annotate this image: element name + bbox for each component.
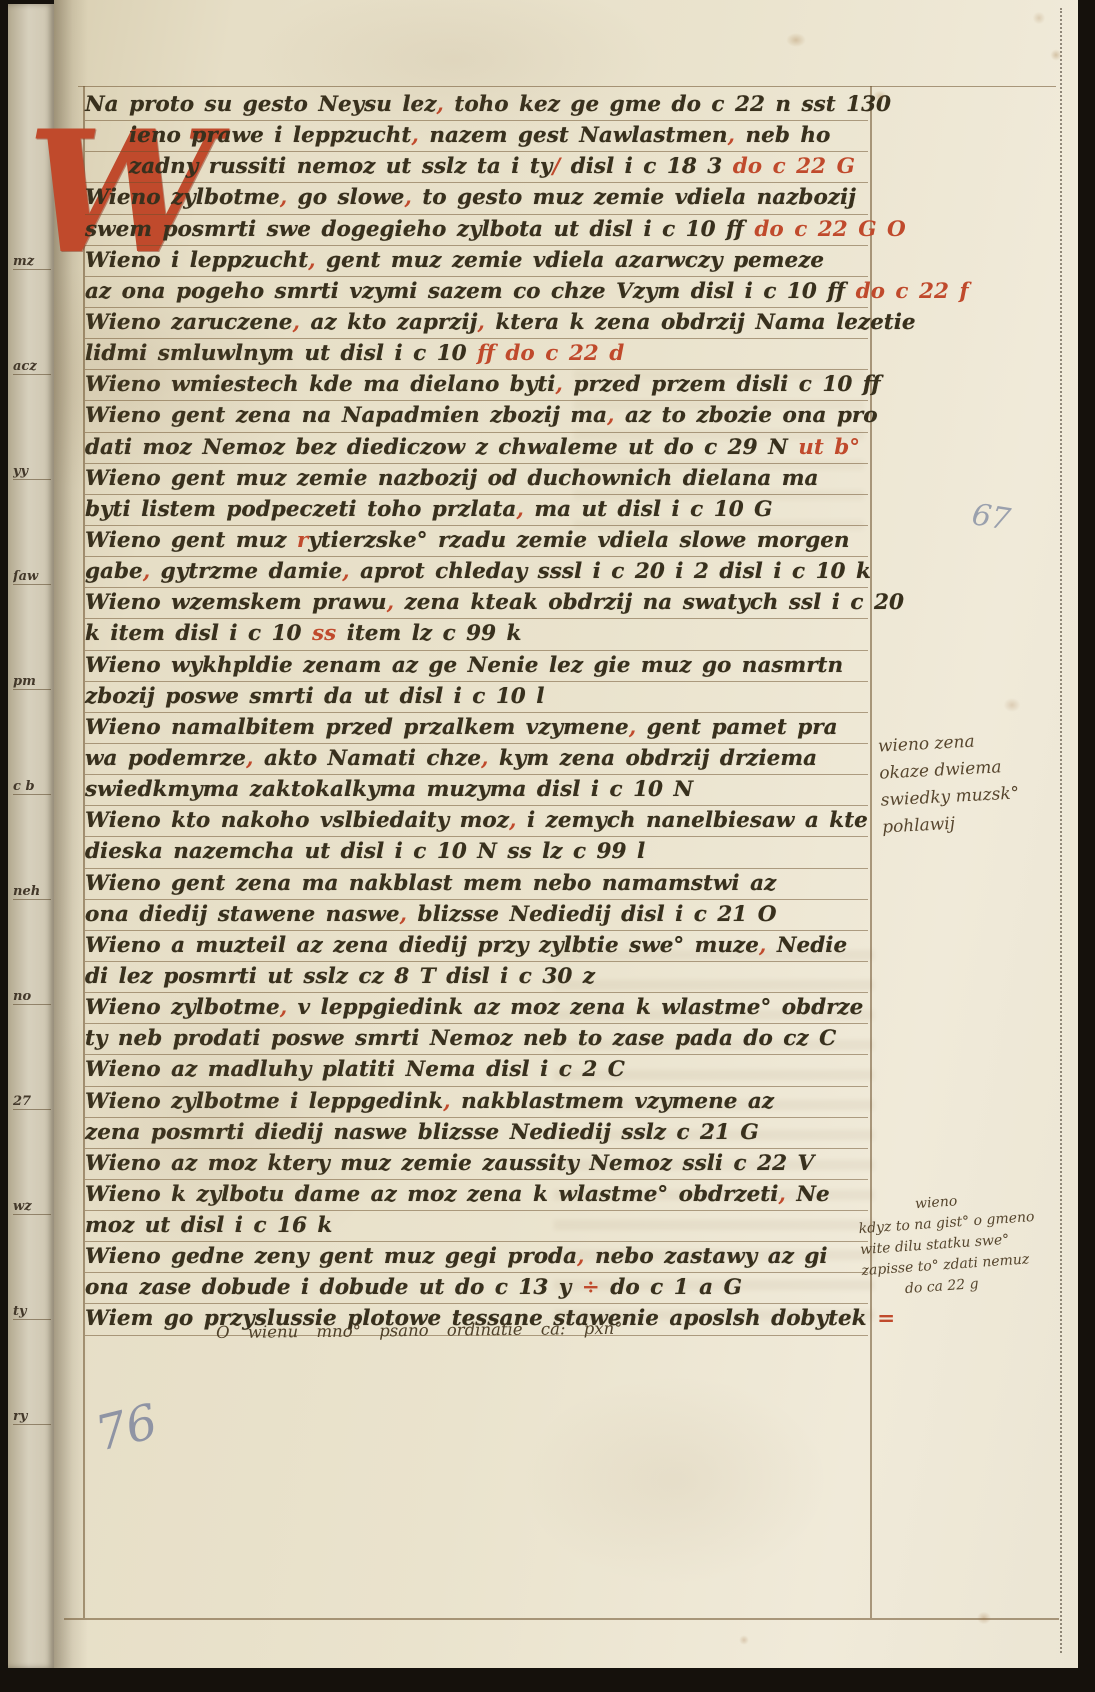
rubric-text: , <box>443 1089 451 1114</box>
rubric-text: ÷ <box>582 1275 600 1300</box>
ink-text: akto Namati chze <box>253 746 481 771</box>
text-line: Wieno gent zena na Napadmien zbozij ma, … <box>85 401 868 432</box>
text-block: Na proto su gesto Neysu lez, toho kez ge… <box>85 90 1045 1336</box>
rubric-text: , <box>778 1182 786 1207</box>
edge-fragment: 27 <box>13 1094 51 1110</box>
ruling-line-bottom <box>64 1618 1059 1620</box>
text-line: Wieno i leppzucht, gent muz zemie vdiela… <box>85 246 868 277</box>
text-line: Wieno zylbotme i leppgedink, nakblastmem… <box>85 1087 868 1118</box>
edge-fragment: pm <box>13 674 51 690</box>
text-line: Wieno zaruczene, az kto zaprzij, ktera k… <box>85 308 868 339</box>
text-line: swiedkmyma zaktokalkyma muzyma disl i c … <box>85 775 868 806</box>
text-line: Wieno wmiestech kde ma dielano byti, prz… <box>85 370 868 401</box>
ink-text: to gesto muz zemie vdiela nazbozij <box>412 185 856 210</box>
ink-text: dieska nazemcha ut disl i c 10 N ss lz c… <box>85 839 645 864</box>
ink-text: Wieno wmiestech kde ma dielano byti <box>85 372 555 397</box>
ink-text: zadny russiti nemoz ut sslz ta i ty <box>129 154 552 179</box>
rubric-text: r <box>297 528 308 553</box>
ink-text: Wieno zylbotme i leppgedink <box>85 1089 443 1114</box>
ink-text: zena posmrti diedij naswe blizsse Nedied… <box>85 1120 759 1145</box>
ink-text: zena kteak obdrzij na swatych ssl i c 20 <box>394 590 904 615</box>
page-number-pencil: 76 <box>90 1393 163 1462</box>
edge-fragment: ty <box>13 1304 51 1320</box>
text-line: Wieno zylbotme, v leppgiedink az moz zen… <box>85 993 868 1024</box>
text-line: zena posmrti diedij naswe blizsse Nedied… <box>85 1118 868 1149</box>
ink-text: az ona pogeho smrti vzymi sazem co chze … <box>85 279 856 304</box>
text-line: ona zase dobude i dobude ut do c 13 y ÷ … <box>85 1273 868 1304</box>
text-line: ona diedij stawene naswe, blizsse Nedied… <box>85 900 868 931</box>
rubric-text: , <box>400 902 408 927</box>
rubric-text: do c 22 G <box>733 154 855 179</box>
ink-text: Wieno zaruczene <box>85 310 292 335</box>
ink-text: k item disl i c 10 <box>85 621 312 646</box>
ink-text: Wieno zylbotme <box>85 995 280 1020</box>
rubric-text: , <box>387 590 395 615</box>
ink-text: moz ut disl i c 16 k <box>85 1213 332 1238</box>
ink-text: przed przem disli c 10 ff <box>563 372 881 397</box>
rubric-text: , <box>477 310 485 335</box>
folio-number-pencil: 67 <box>969 497 1012 538</box>
ink-text: neb ho <box>735 123 830 148</box>
ink-text: Wieno az moz ktery muz zemie zaussity Ne… <box>85 1151 814 1176</box>
ink-text: Wieno az madluhy platiti Nema disl i c 2… <box>85 1057 625 1082</box>
edge-fragment: yy <box>13 464 51 480</box>
ink-text: ktera k zena obdrzij Nama lezetie <box>485 310 916 335</box>
rubric-text: do c 22 f <box>856 279 969 304</box>
ink-text: swem posmrti swe dogegieho zylbota ut di… <box>85 217 754 242</box>
manuscript-photo: mzaczyyſawpmc bnehno27wztyry W Na proto … <box>0 0 1095 1692</box>
text-line: Wieno a muzteil az zena diedij przy zylb… <box>85 931 868 962</box>
text-line: Wieno kto nakoho vslbiedaity moz, i zemy… <box>85 806 868 837</box>
text-line: Wieno wykhpldie zenam az ge Nenie lez gi… <box>85 651 868 682</box>
ink-text: Wieno a muzteil az zena diedij przy zylb… <box>85 933 759 958</box>
ink-text: disl i c 18 3 <box>560 154 733 179</box>
ink-text: gent muz zemie vdiela azarwczy pemeze <box>316 248 824 273</box>
text-line: Wieno gent muz zemie nazbozij od duchown… <box>85 464 868 495</box>
margin-note-upper: wieno zenaokaze dwiemaswiedky muzsk°pohl… <box>877 726 1021 841</box>
text-line: Wieno az madluhy platiti Nema disl i c 2… <box>85 1055 868 1086</box>
edge-fragment: ſaw <box>13 569 51 585</box>
text-line: Wieno zylbotme, go slowe, to gesto muz z… <box>85 183 868 214</box>
ink-text: nazem gest Nawlastmen <box>419 123 728 148</box>
ink-text: ona diedij stawene naswe <box>85 902 400 927</box>
rubric-text: , <box>308 248 316 273</box>
rubric-text: , <box>292 310 300 335</box>
rubric-text: , <box>577 1244 585 1269</box>
rubric-text: ut b° <box>798 435 860 460</box>
ink-text: swiedkmyma zaktokalkyma muzyma disl i c … <box>85 777 693 802</box>
rubric-text: , <box>607 403 615 428</box>
ink-text: nakblastmem vzymene az <box>451 1089 774 1114</box>
ink-text: Wieno i leppzucht <box>85 248 308 273</box>
ink-text: az kto zaprzij <box>300 310 477 335</box>
text-line: Na proto su gesto Neysu lez, toho kez ge… <box>85 90 868 121</box>
ink-text: gabe <box>85 559 143 584</box>
ink-text: toho kez ge gme do c 22 n sst 130 <box>444 92 891 117</box>
ink-text: Wieno gent zena ma nakblast mem nebo nam… <box>85 871 776 896</box>
text-line: dieska nazemcha ut disl i c 10 N ss lz c… <box>85 837 868 868</box>
ink-text: Wieno gedne zeny gent muz gegi proda <box>85 1244 577 1269</box>
text-line: moz ut disl i c 16 k <box>85 1211 868 1242</box>
rubric-text: ss <box>312 621 336 646</box>
text-line: zbozij poswe smrti da ut disl i c 10 l <box>85 682 868 713</box>
ink-text: ona zase dobude i dobude ut do c 13 y <box>85 1275 582 1300</box>
rubric-text: , <box>436 92 444 117</box>
rubric-text: , <box>481 746 489 771</box>
text-line: Wieno namalbitem przed przalkem vzymene,… <box>85 713 868 744</box>
ink-text: di lez posmrti ut sslz cz 8 T disl i c 3… <box>85 964 595 989</box>
edge-fragment: neh <box>13 884 51 900</box>
text-line: az ona pogeho smrti vzymi sazem co chze … <box>85 277 868 308</box>
edge-fragment: no <box>13 989 51 1005</box>
text-line: Wieno gent zena ma nakblast mem nebo nam… <box>85 869 868 900</box>
text-line: dati moz Nemoz bez diediczow z chwaleme … <box>85 433 868 464</box>
rubric-text: do c 22 G O <box>754 217 905 242</box>
text-line: swem posmrti swe dogegieho zylbota ut di… <box>85 215 868 246</box>
ink-text: kym zena obdrzij drziema <box>489 746 818 771</box>
edge-fragment: ry <box>13 1409 51 1425</box>
margin-note-lower: wienokdyz to na gist° o gmenowite dilu s… <box>857 1186 1040 1303</box>
ink-text: Wieno k zylbotu dame az moz zena k wlast… <box>85 1182 778 1207</box>
rubric-text: = <box>877 1306 895 1331</box>
edge-fragment: wz <box>13 1199 51 1215</box>
ink-text: Wieno gent muz <box>85 528 297 553</box>
ruling-line-top <box>78 86 1056 87</box>
ink-text: lidmi smluwlnym ut disl i c 10 <box>85 341 477 366</box>
ink-text: Wieno gent muz zemie nazbozij od duchown… <box>85 466 818 491</box>
ink-text: Wieno wzemskem prawu <box>85 590 387 615</box>
rubric-text: , <box>411 123 419 148</box>
ink-text: ytierzske° rzadu zemie vdiela slowe morg… <box>308 528 849 553</box>
ink-text: do c 1 a G <box>600 1275 742 1300</box>
ink-text: gent pamet pra <box>636 715 837 740</box>
ink-text: nebo zastawy az gi <box>585 1244 828 1269</box>
edge-pricking-dots <box>1060 8 1062 1653</box>
ink-text: ty neb prodati poswe smrti Nemoz neb to … <box>85 1026 836 1051</box>
rubric-text: , <box>404 185 412 210</box>
manuscript-page: W Na proto su gesto Neysu lez, toho kez … <box>54 0 1078 1668</box>
rubric-text: , <box>342 559 350 584</box>
text-line: ieno prawe i leppzucht, nazem gest Nawla… <box>85 121 868 152</box>
ink-text: Na proto su gesto Neysu lez <box>85 92 436 117</box>
ink-text: i zemych nanelbiesaw a kte <box>516 808 867 833</box>
text-line: Wieno gedne zeny gent muz gegi proda, ne… <box>85 1242 868 1273</box>
ink-text: dati moz Nemoz bez diediczow z chwaleme … <box>85 435 798 460</box>
text-line: wa podemrze, akto Namati chze, kym zena … <box>85 744 868 775</box>
text-line: zadny russiti nemoz ut sslz ta i ty/ dis… <box>85 152 868 183</box>
edge-fragment: acz <box>13 359 51 375</box>
text-line: ty neb prodati poswe smrti Nemoz neb to … <box>85 1024 868 1055</box>
ink-text: az to zbozie ona pro <box>615 403 878 428</box>
ink-text: v leppgiedink az moz zena k wlastme° obd… <box>287 995 863 1020</box>
text-line: Wieno wzemskem prawu, zena kteak obdrzij… <box>85 588 868 619</box>
ink-text: Wieno zylbotme <box>85 185 280 210</box>
ink-text: ieno prawe i leppzucht <box>129 123 411 148</box>
rubric-text: ff do c 22 d <box>477 341 624 366</box>
text-line: gabe, gytrzme damie, aprot chleday sssl … <box>85 557 868 588</box>
ink-text: blizsse Nediedij disl i c 21 O <box>407 902 776 927</box>
text-line: Wieno az moz ktery muz zemie zaussity Ne… <box>85 1149 868 1180</box>
text-line: lidmi smluwlnym ut disl i c 10 ff do c 2… <box>85 339 868 370</box>
ink-text: Wieno kto nakoho vslbiedaity moz <box>85 808 509 833</box>
ink-text: zbozij poswe smrti da ut disl i c 10 l <box>85 684 544 709</box>
text-line: byti listem podpeczeti toho przlata, ma … <box>85 495 868 526</box>
ink-text: aprot chleday sssl i c 20 i 2 disl i c 1… <box>350 559 871 584</box>
ink-text: wa podemrze <box>85 746 246 771</box>
ink-text: Wieno namalbitem przed przalkem vzymene <box>85 715 629 740</box>
rubric-text: , <box>516 497 524 522</box>
ink-text: ma ut disl i c 10 G <box>524 497 773 522</box>
ink-text: Wieno gent zena na Napadmien zbozij ma <box>85 403 607 428</box>
ink-text: byti listem podpeczeti toho przlata <box>85 497 516 522</box>
ink-text: Ne <box>786 1182 830 1207</box>
text-line: k item disl i c 10 ss item lz c 99 k <box>85 619 868 650</box>
ink-text: gytrzme damie <box>150 559 342 584</box>
rubric-text: , <box>728 123 736 148</box>
edge-fragment: c b <box>13 779 51 795</box>
text-line: Wieno gent muz rytierzske° rzadu zemie v… <box>85 526 868 557</box>
ink-text: item lz c 99 k <box>336 621 521 646</box>
ink-text: Nedie <box>766 933 847 958</box>
rubric-text: , <box>555 372 563 397</box>
text-line: Wieno k zylbotu dame az moz zena k wlast… <box>85 1180 868 1211</box>
ink-text: go slowe <box>287 185 404 210</box>
ink-text: Wieno wykhpldie zenam az ge Nenie lez gi… <box>85 653 843 678</box>
text-line: di lez posmrti ut sslz cz 8 T disl i c 3… <box>85 962 868 993</box>
